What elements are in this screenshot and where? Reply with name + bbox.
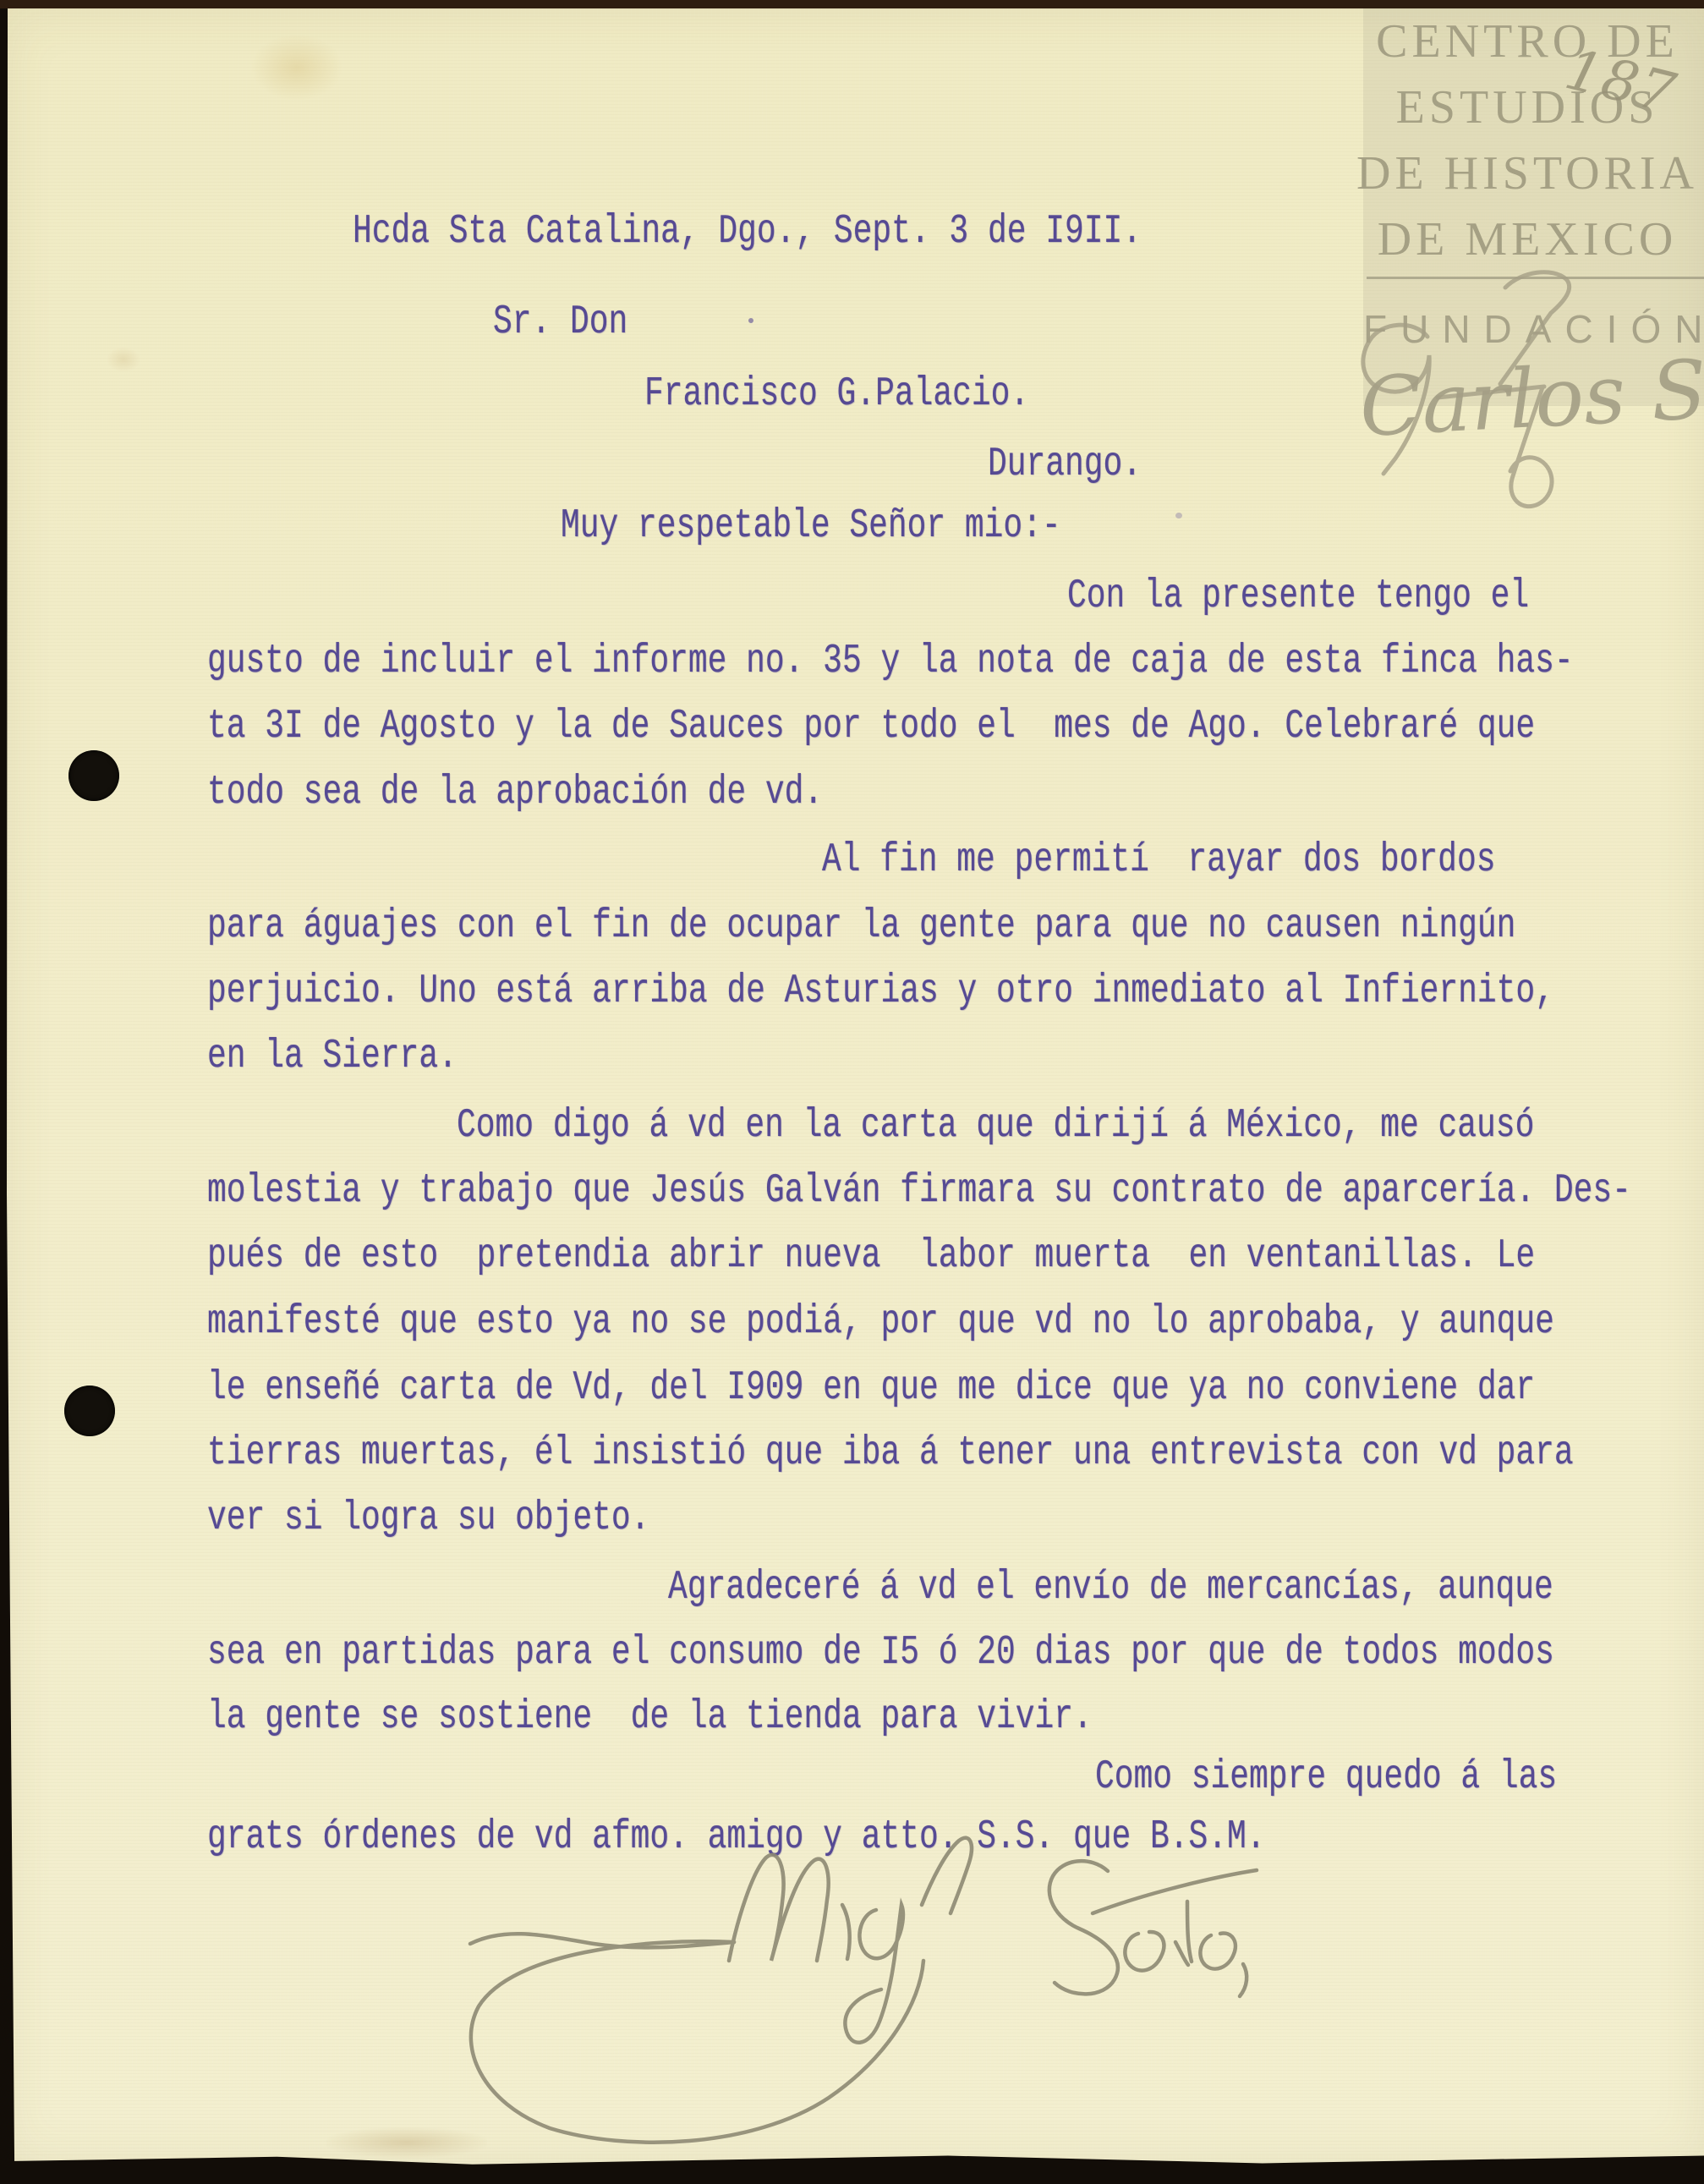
paper-stain	[250, 34, 343, 102]
letter-line: Al fin me permití rayar dos bordos	[822, 837, 1495, 883]
letter-line: la gente se sostiene de la tienda para v…	[207, 1694, 1093, 1740]
recipient-name: Francisco G.Palacio.	[644, 371, 1029, 417]
letter-line: Como digo á vd en la carta que dirijí á …	[457, 1103, 1534, 1149]
letter-line: grats órdenes de vd afmo. amigo y atto. …	[207, 1814, 1266, 1860]
letter-line: para águajes con el fin de ocupar la gen…	[207, 903, 1515, 949]
letter-line: perjuicio. Uno está arriba de Asturias y…	[207, 969, 1554, 1014]
paper-stain	[107, 347, 140, 372]
archive-watermark-institution: CENTRO DE ESTUDIOS DE HISTORIA DE MEXICO	[1353, 8, 1701, 272]
ink-speck	[1175, 513, 1182, 519]
letter-line: ver si logra su objeto.	[207, 1495, 649, 1541]
letter-line: todo sea de la aprobación de vd.	[207, 770, 823, 815]
ink-speck	[748, 318, 753, 323]
letter-line: tierras muertas, él insistió que iba á t…	[207, 1430, 1574, 1476]
salutation-line: Muy respetable Señor mio:-	[561, 503, 1061, 549]
letter-line: manifesté que esto ya no se podiá, por q…	[207, 1299, 1554, 1345]
watermark-line: DE HISTORIA	[1353, 140, 1701, 206]
paper-stain	[326, 2127, 487, 2158]
letter-line: gusto de incluir el informe no. 35 y la …	[207, 639, 1574, 684]
scan-background-edge	[0, 0, 1704, 8]
watermark-line: DE MEXICO	[1353, 206, 1701, 272]
letter-line: en la Sierra.	[207, 1034, 458, 1079]
paper-sheet: CENTRO DE ESTUDIOS DE HISTORIA DE MEXICO…	[5, 8, 1704, 2165]
sender-signature	[470, 1838, 1257, 2143]
recipient-city: Durango.	[988, 442, 1142, 487]
punch-hole-top	[68, 750, 119, 801]
scanned-letter-page: CENTRO DE ESTUDIOS DE HISTORIA DE MEXICO…	[0, 0, 1704, 2184]
letter-line: sea en partidas para el consumo de I5 ó …	[207, 1630, 1554, 1676]
letter-line: le enseñé carta de Vd, del I909 en que m…	[207, 1365, 1535, 1411]
watermark-divider-rule	[1367, 277, 1704, 279]
letter-line: Agradeceré á vd el envío de mercancías, …	[668, 1565, 1553, 1611]
recipient-salutation: Sr. Don	[493, 299, 627, 345]
letter-line: Como siempre quedo á las	[1095, 1754, 1557, 1800]
letter-line: Con la presente tengo el	[1067, 573, 1529, 619]
dateline: Hcda Sta Catalina, Dgo., Sept. 3 de I9II…	[353, 209, 1142, 255]
punch-hole-bottom	[64, 1386, 115, 1436]
letter-line: pués de esto pretendia abrir nueva labor…	[207, 1233, 1535, 1279]
letter-line: molestia y trabajo que Jesús Galván firm…	[207, 1168, 1631, 1214]
letter-line: ta 3I de Agosto y la de Sauces por todo …	[207, 704, 1535, 749]
watermark-foundation-signature: Carlos Slim	[1357, 343, 1704, 448]
